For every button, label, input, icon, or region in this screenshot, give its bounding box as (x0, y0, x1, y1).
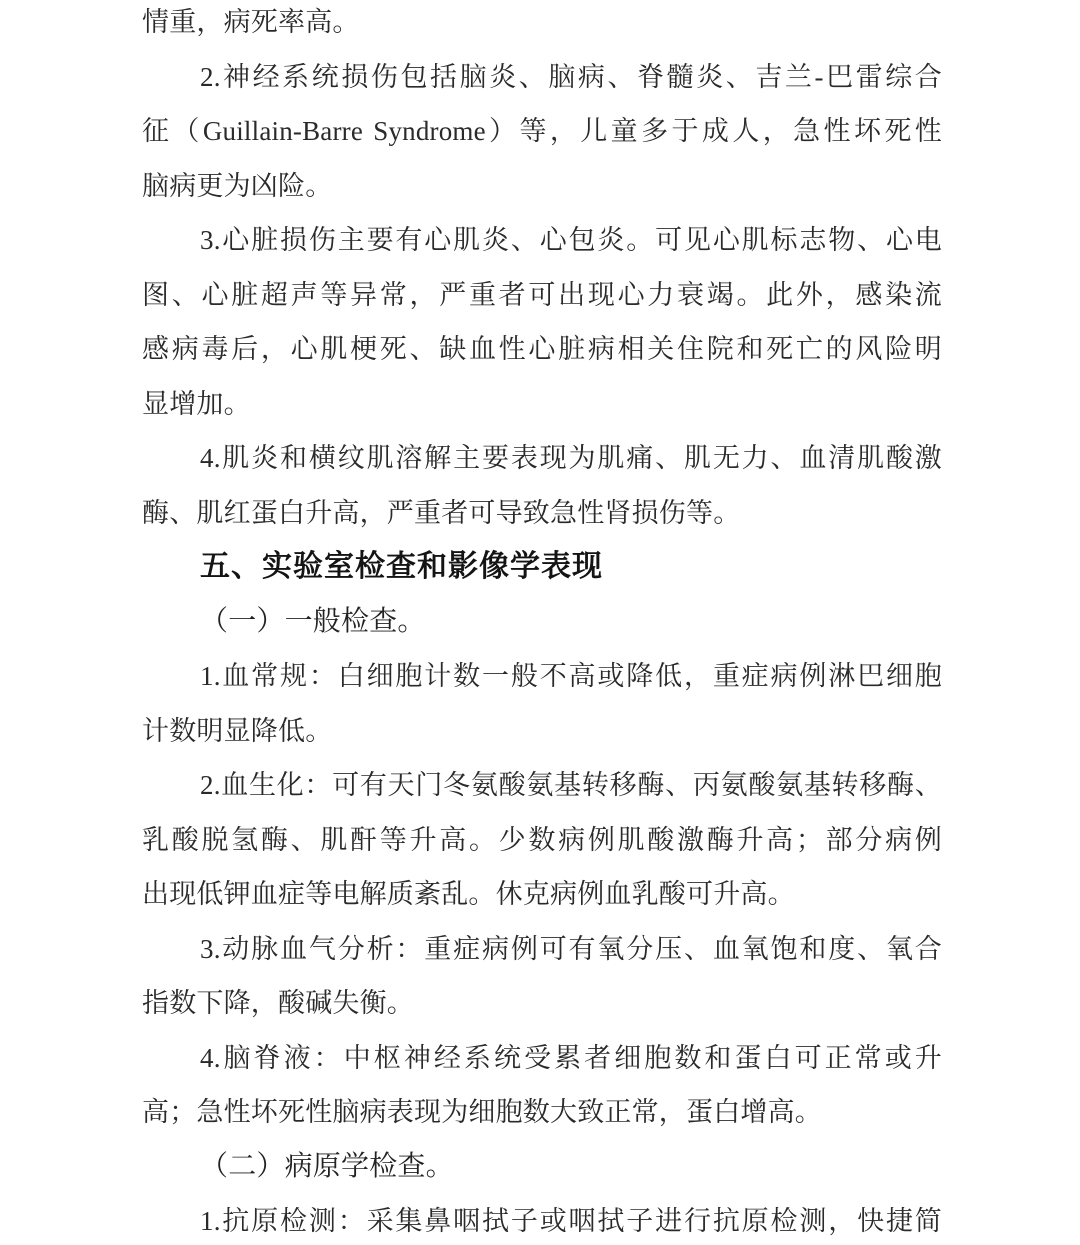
text-line: 1.抗原检测：采集鼻咽拭子或咽拭子进行抗原检测，快捷简 (142, 1194, 942, 1245)
text-line: 2.神经系统损伤包括脑炎、脑病、脊髓炎、吉兰-巴雷综合 (142, 50, 942, 105)
document-text: 情重，病死率高。 2.神经系统损伤包括脑炎、脑病、脊髓炎、吉兰-巴雷综合 征（G… (142, 0, 942, 1245)
text-line: 3.心脏损伤主要有心肌炎、心包炎。可见心肌标志物、心电 (142, 213, 942, 268)
text-line: 4.脑脊液：中枢神经系统受累者细胞数和蛋白可正常或升 (142, 1031, 942, 1086)
text-line: 计数明显降低。 (142, 704, 942, 759)
text-line: 酶、肌红蛋白升高，严重者可导致急性肾损伤等。 (142, 486, 942, 541)
text-line: 出现低钾血症等电解质紊乱。休克病例血乳酸可升高。 (142, 867, 942, 922)
subheading-general-tests: （一）一般检查。 (142, 595, 942, 650)
document-page: 情重，病死率高。 2.神经系统损伤包括脑炎、脑病、脊髓炎、吉兰-巴雷综合 征（G… (0, 0, 1080, 1245)
text-line: 感病毒后，心肌梗死、缺血性心脏病相关住院和死亡的风险明 (142, 322, 942, 377)
text-line: 1.血常规：白细胞计数一般不高或降低，重症病例淋巴细胞 (142, 649, 942, 704)
text-line: 2.血生化：可有天门冬氨酸氨基转移酶、丙氨酸氨基转移酶、 (142, 758, 942, 813)
subheading-pathogen-tests: （二）病原学检查。 (142, 1140, 942, 1195)
text-line: 高；急性坏死性脑病表现为细胞数大致正常，蛋白增高。 (142, 1085, 942, 1140)
text-line: 图、心脏超声等异常，严重者可出现心力衰竭。此外，感染流 (142, 268, 942, 323)
text-line: 脑病更为凶险。 (142, 159, 942, 214)
section-heading-lab-and-imaging: 五、实验室检查和影像学表现 (142, 540, 942, 595)
text-line: 指数下降，酸碱失衡。 (142, 976, 942, 1031)
text-line: 4.肌炎和横纹肌溶解主要表现为肌痛、肌无力、血清肌酸激 (142, 431, 942, 486)
text-line: 3.动脉血气分析：重症病例可有氧分压、血氧饱和度、氧合 (142, 922, 942, 977)
text-line: 情重，病死率高。 (142, 0, 942, 50)
text-line: 征（Guillain-Barre Syndrome）等，儿童多于成人，急性坏死性 (142, 104, 942, 159)
text-line: 乳酸脱氢酶、肌酐等升高。少数病例肌酸激酶升高；部分病例 (142, 813, 942, 868)
text-line: 显增加。 (142, 377, 942, 432)
